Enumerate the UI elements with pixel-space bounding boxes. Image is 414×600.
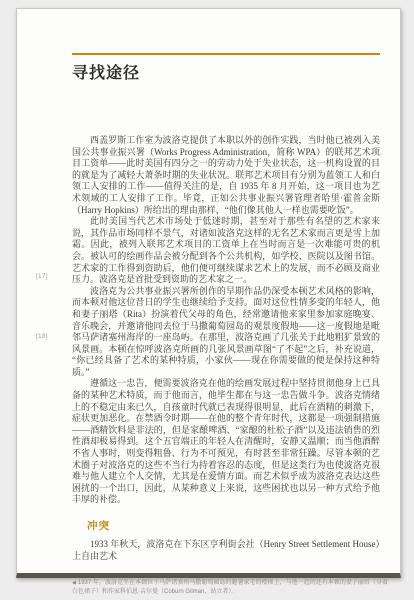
- margin-reference-18: [18]: [36, 334, 48, 340]
- body-text-block: 西盖罗斯工作室为波洛克提供了本职以外的创作实践，当时他已被列入美国公共事业振兴署…: [72, 135, 380, 506]
- left-arrow-icon: ◀: [72, 580, 76, 586]
- photo-caption: ◀1937 年，波洛克坐在本顿位于马萨诸塞州马撒葡萄园岛的避暑家宅的楼梯上，与他…: [72, 579, 388, 597]
- page-content: 寻找途径 西盖罗斯工作室为波洛克提供了本职以外的创作实践，当时他已被列入美国公共…: [72, 53, 380, 597]
- body-paragraph: 遵循这一忠告，便需要波洛克在他的绘画发展过程中坚持贯彻他身上已具备的某种艺术特质…: [72, 378, 380, 506]
- section-text-block: 1933 年秋天，波洛克在下东区亨利街会社（Henry Street Settl…: [72, 539, 380, 562]
- margin-reference-17: [17]: [36, 274, 48, 280]
- page-title: 寻找途径: [72, 64, 380, 84]
- body-paragraph: 西盖罗斯工作室为波洛克提供了本职以外的创作实践，当时他已被列入美国公共事业振兴署…: [72, 135, 380, 216]
- photo-caption-text: 1937 年，波洛克坐在本顿位于马萨诸塞州马撒葡萄园岛的避暑家宅的楼梯上，与他一…: [72, 580, 388, 595]
- book-spread-background: [17] [18] 寻找途径 西盖罗斯工作室为波洛克提供了本职以外的创作实践，当…: [0, 0, 414, 600]
- book-page: [17] [18] 寻找途径 西盖罗斯工作室为波洛克提供了本职以外的创作实践，当…: [16, 8, 401, 578]
- title-divider-rule: [72, 53, 380, 55]
- section-heading: 冲突: [87, 520, 380, 533]
- body-paragraph: 波洛克为公共事业振兴署所创作的早期作品仍深受本顿艺术风格的影响，而本顿对他这位昔…: [72, 286, 380, 379]
- body-paragraph: 此时美国当代艺术市场处于低迷时期，甚至对于那些有名望的艺术家来说，其作品市场同样…: [72, 216, 380, 286]
- section-paragraph: 1933 年秋天，波洛克在下东区亨利街会社（Henry Street Settl…: [72, 539, 380, 562]
